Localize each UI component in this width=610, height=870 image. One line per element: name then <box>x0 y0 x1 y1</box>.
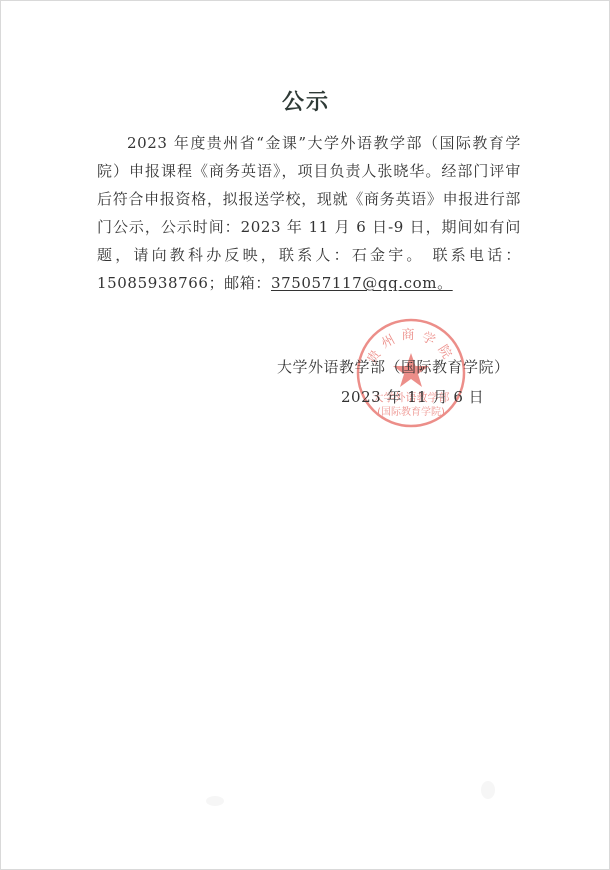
scan-artifact <box>206 796 224 806</box>
signature-organization: 大学外语教学部（国际教育学院） <box>277 356 510 377</box>
signature-date: 2023 年 11 月 6 日 <box>341 386 484 407</box>
announcement-text: 2023 年度贵州省“金课”大学外语教学部（国际教育学院）申报课程《商务英语》，… <box>97 134 521 292</box>
document-page: 公示 2023 年度贵州省“金课”大学外语教学部（国际教育学院）申报课程《商务英… <box>0 0 610 870</box>
contact-email: 375057117@qq.com。 <box>271 274 453 292</box>
scan-artifact <box>481 781 495 799</box>
announcement-body: 2023 年度贵州省“金课”大学外语教学部（国际教育学院）申报课程《商务英语》，… <box>97 129 521 297</box>
document-title: 公示 <box>1 85 610 116</box>
